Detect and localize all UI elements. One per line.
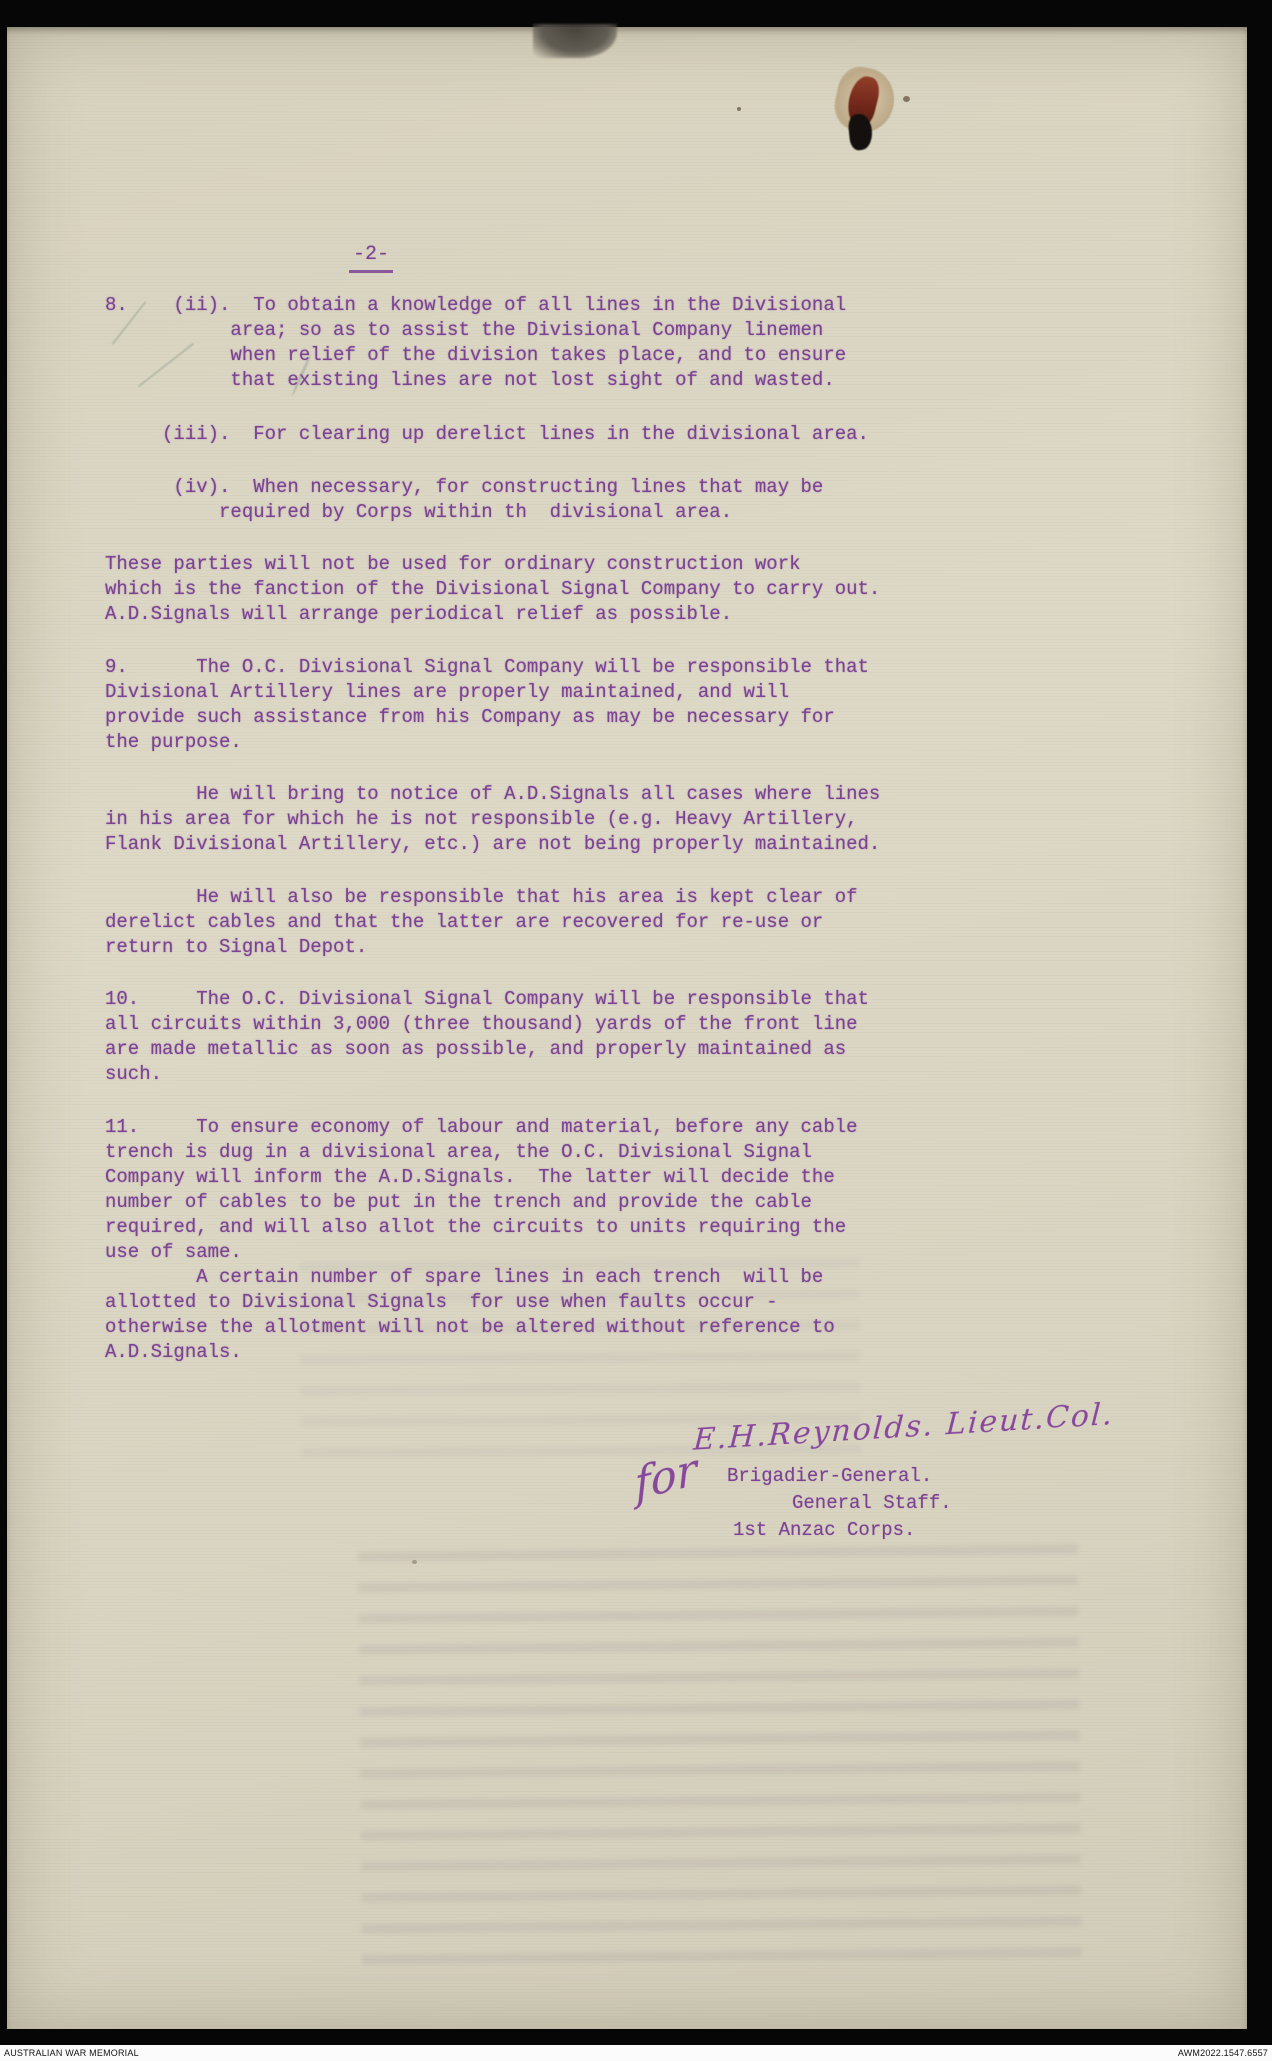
- archive-name: AUSTRALIAN WAR MEMORIAL: [4, 2048, 139, 2058]
- archive-reference-number: AWM2022.1547.6557: [1178, 2048, 1268, 2058]
- typed-paragraph-9-derelict: He will also be responsible that his are…: [105, 885, 858, 960]
- typed-paragraph-10: 10. The O.C. Divisional Signal Company w…: [105, 987, 869, 1087]
- typed-paragraph-8-iv: (iv). When necessary, for constructing l…: [105, 475, 823, 525]
- archive-footer: AUSTRALIAN WAR MEMORIAL AWM2022.1547.655…: [0, 2045, 1272, 2061]
- typed-paragraph-parties: These parties will not be used for ordin…: [105, 552, 880, 627]
- signature-corps-line: 1st Anzac Corps.: [733, 1518, 915, 1543]
- signature-rank-line: Brigadier-General.: [727, 1464, 932, 1489]
- typed-paragraph-11: 11. To ensure economy of labour and mate…: [105, 1115, 858, 1365]
- document-scan: -2- 8. (ii). To obtain a knowledge of al…: [0, 0, 1272, 2061]
- typed-paragraph-9-notice: He will bring to notice of A.D.Signals a…: [105, 782, 880, 857]
- typed-paragraph-9: 9. The O.C. Divisional Signal Company wi…: [105, 655, 869, 755]
- signature-staff-line: General Staff.: [792, 1491, 952, 1516]
- typed-paragraph-8-iii: (iii). For clearing up derelict lines in…: [105, 422, 869, 447]
- typed-paragraph-8: 8. (ii). To obtain a knowledge of all li…: [105, 293, 846, 393]
- page-number: -2-: [349, 243, 393, 273]
